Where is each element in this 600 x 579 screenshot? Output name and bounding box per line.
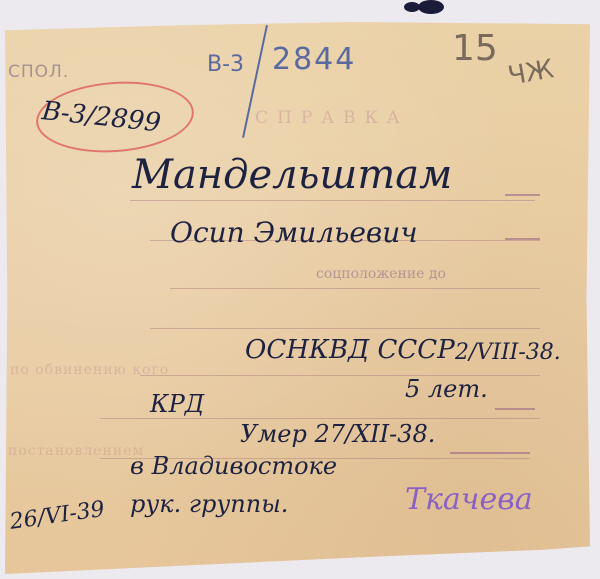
term: 5 лет. (405, 375, 488, 403)
charge: КРД (150, 390, 204, 418)
underline-mark (495, 408, 535, 410)
form-line (100, 418, 540, 419)
form-label-decision: постановлением (8, 443, 144, 459)
sentence-date: 2/VIII-38. (455, 340, 561, 365)
pencil-case-number: 2844 (272, 42, 356, 77)
underline-mark (450, 452, 530, 454)
name-patronymic: Осип Эмильевич (170, 216, 418, 249)
underline-mark (505, 238, 540, 240)
form-label-social-origin: соцположение до (316, 266, 446, 282)
underline-mark (505, 194, 540, 196)
death-line: Умер 27/XII-38. (240, 420, 435, 448)
form-line (130, 200, 535, 201)
pencil-case-prefix: В-3 (207, 52, 244, 77)
form-line (170, 288, 540, 289)
sentencing-body: ОСНКВД СССР (245, 335, 455, 365)
group-note: рук. группы. (130, 490, 288, 518)
death-place: в Владивостоке (130, 452, 337, 480)
surname: Мандельштам (132, 152, 452, 198)
sheet-number: 15 (452, 28, 498, 69)
form-line (150, 328, 540, 329)
ink-blot (418, 0, 444, 14)
form-header-stamp: СПОЛ. (8, 62, 69, 82)
form-title: СПРАВКА (255, 108, 409, 128)
signature: Ткачева (405, 482, 533, 517)
